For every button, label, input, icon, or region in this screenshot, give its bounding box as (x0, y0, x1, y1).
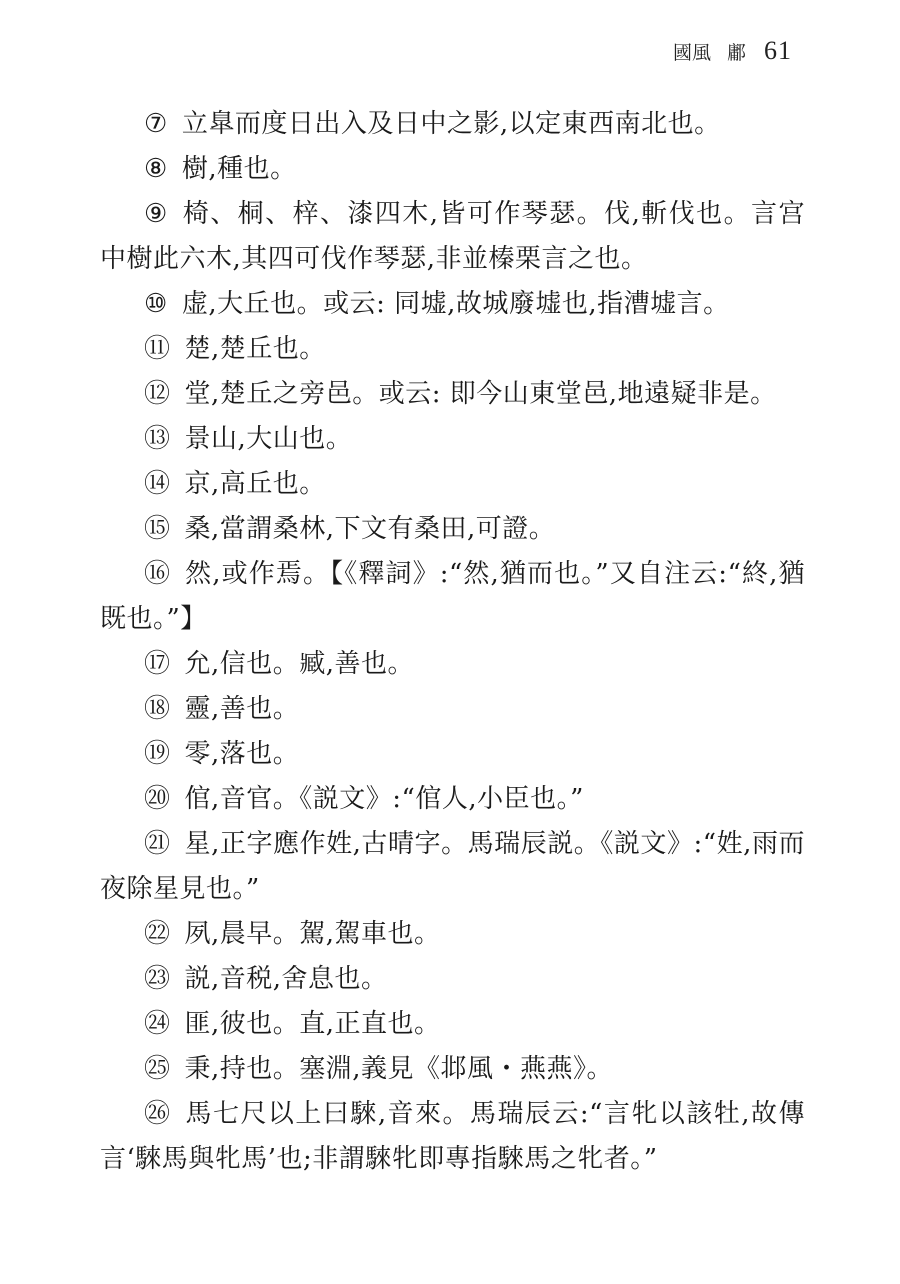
footnote-text: 桑,當謂桑林,下文有桑田,可證。 (185, 514, 556, 544)
footnote-marker: ⑪ (144, 327, 171, 372)
footnote-text: 虚,大丘也。或云: 同墟,故城廢墟也,指漕墟言。 (182, 289, 730, 319)
footnote-8: ⑧樹,種也。 (100, 147, 805, 192)
footnote-14: ⑭京,高丘也。 (100, 462, 805, 507)
footnote-text: 匪,彼也。直,正直也。 (185, 1009, 441, 1039)
footnote-24: ㉔匪,彼也。直,正直也。 (100, 1002, 805, 1047)
footnote-text: 京,高丘也。 (185, 469, 326, 499)
footnote-text: 立臯而度日出入及日中之影,以定東西南北也。 (182, 109, 721, 139)
footnote-16: ⑯然,或作焉。【《釋詞》:“然,猶而也。”又自注云:“終,猶既也。”】 (100, 552, 805, 642)
footnote-marker: ㉒ (144, 912, 171, 957)
footnote-11: ⑪楚,楚丘也。 (100, 327, 805, 372)
footnote-text: 椅、桐、梓、漆四木,皆可作琴瑟。伐,斬伐也。言宫中樹此六木,其四可伐作琴瑟,非並… (100, 199, 805, 274)
footnote-9: ⑨椅、桐、梓、漆四木,皆可作琴瑟。伐,斬伐也。言宫中樹此六木,其四可伐作琴瑟,非… (100, 192, 805, 282)
footnote-text: 樹,種也。 (182, 154, 297, 184)
footnote-marker: ⑬ (144, 417, 171, 462)
footnote-marker: ㉕ (144, 1047, 171, 1092)
footnote-text: 靈,善也。 (185, 694, 300, 724)
footnote-marker: ⑱ (144, 687, 171, 732)
footnotes-list: ⑦立臯而度日出入及日中之影,以定東西南北也。 ⑧樹,種也。 ⑨椅、桐、梓、漆四木… (100, 102, 805, 1182)
footnote-text: 秉,持也。塞淵,義見《邶風・燕燕》。 (185, 1054, 614, 1084)
footnote-marker: ⑯ (144, 552, 171, 597)
footnote-12: ⑫堂,楚丘之旁邑。或云: 即今山東堂邑,地遠疑非是。 (100, 372, 805, 417)
footnote-18: ⑱靈,善也。 (100, 687, 805, 732)
footnote-23: ㉓説,音税,舍息也。 (100, 957, 805, 1002)
footnote-7: ⑦立臯而度日出入及日中之影,以定東西南北也。 (100, 102, 805, 147)
running-header: 國風 鄘 61 (673, 36, 792, 66)
footnote-marker: ⑧ (144, 147, 168, 192)
footnote-marker: ㉖ (144, 1092, 171, 1137)
footnote-marker: ⑰ (144, 642, 171, 687)
footnote-text: 夙,晨早。駕,駕車也。 (185, 919, 441, 949)
footnote-text: 允,信也。臧,善也。 (185, 649, 415, 679)
footnote-marker: ⑮ (144, 507, 171, 552)
footnote-text: 零,落也。 (185, 739, 300, 769)
footnote-15: ⑮桑,當謂桑林,下文有桑田,可證。 (100, 507, 805, 552)
footnote-marker: ⑭ (144, 462, 171, 507)
footnote-text: 楚,楚丘也。 (185, 334, 326, 364)
footnote-17: ⑰允,信也。臧,善也。 (100, 642, 805, 687)
footnote-text: 倌,音官。《説文》:“倌人,小臣也。” (185, 784, 584, 814)
footnote-10: ⑩虚,大丘也。或云: 同墟,故城廢墟也,指漕墟言。 (100, 282, 805, 327)
footnote-text: 説,音税,舍息也。 (185, 964, 388, 994)
document-page: 國風 鄘 61 ⑦立臯而度日出入及日中之影,以定東西南北也。 ⑧樹,種也。 ⑨椅… (0, 0, 900, 1284)
footnote-marker: ⑫ (144, 372, 171, 417)
footnote-marker: ㉔ (144, 1002, 171, 1047)
footnote-text: 景山,大山也。 (185, 424, 353, 454)
footnote-text: 然,或作焉。【《釋詞》:“然,猶而也。”又自注云:“終,猶既也。”】 (100, 559, 805, 634)
footnote-13: ⑬景山,大山也。 (100, 417, 805, 462)
footnote-22: ㉒夙,晨早。駕,駕車也。 (100, 912, 805, 957)
footnote-marker: ⑦ (144, 102, 168, 147)
footnote-text: 馬七尺以上曰騋,音來。馬瑞辰云:“言牝以該牡,故傳言‘騋馬與牝馬’也;非謂騋牝即… (100, 1099, 805, 1174)
footnote-marker: ⑨ (144, 192, 168, 237)
footnote-text: 星,正字應作姓,古晴字。馬瑞辰説。《説文》:“姓,雨而夜除星見也。” (100, 829, 805, 904)
footnote-25: ㉕秉,持也。塞淵,義見《邶風・燕燕》。 (100, 1047, 805, 1092)
footnote-26: ㉖馬七尺以上曰騋,音來。馬瑞辰云:“言牝以該牡,故傳言‘騋馬與牝馬’也;非謂騋牝… (100, 1092, 805, 1182)
footnote-text: 堂,楚丘之旁邑。或云: 即今山東堂邑,地遠疑非是。 (185, 379, 777, 409)
header-section: 國風 鄘 (673, 38, 746, 65)
header-chapter-title: 鄘 (727, 38, 746, 65)
footnote-19: ⑲零,落也。 (100, 732, 805, 777)
footnote-marker: ㉓ (144, 957, 171, 1002)
page-number: 61 (764, 36, 792, 66)
footnote-marker: ⑲ (144, 732, 171, 777)
footnote-20: ⑳倌,音官。《説文》:“倌人,小臣也。” (100, 777, 805, 822)
footnote-marker: ⑩ (144, 282, 168, 327)
footnote-marker: ⑳ (144, 777, 171, 822)
header-section-title: 國風 (673, 38, 711, 65)
footnote-21: ㉑星,正字應作姓,古晴字。馬瑞辰説。《説文》:“姓,雨而夜除星見也。” (100, 822, 805, 912)
footnote-marker: ㉑ (144, 822, 171, 867)
